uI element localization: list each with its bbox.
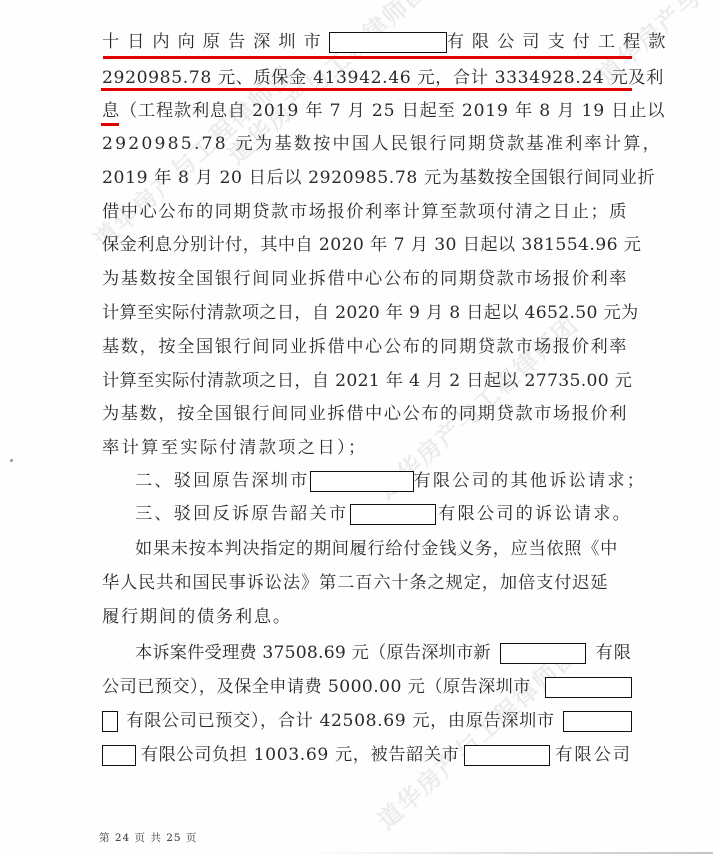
text-line: 二、驳回原告深圳市 有限公司的其他诉讼请求； — [135, 467, 632, 495]
text-line: 为基数按全国银行间同业拆借中心公布的同期贷款市场报价利率 — [102, 265, 632, 293]
text-line: 本诉案件受理费 37508.69 元（原告深圳市新 有限 — [135, 639, 632, 667]
text-segment: 有限公司的诉讼请求。 — [438, 500, 632, 528]
redaction-box — [545, 677, 632, 698]
text-segment: 十日内向原告深圳市 — [102, 28, 329, 56]
text-segment: 计算至实际付清款项之日，自 2020 年 9 月 8 日起以 4652.50 元… — [102, 299, 638, 327]
text-line: 借中心公布的同期贷款市场报价利率计算至款项付清之日止；质 — [102, 198, 632, 226]
page-edge-shadow — [300, 852, 713, 854]
text-line: 基数，按全国银行间同业拆借中心公布的同期贷款市场报价利率 — [102, 333, 632, 361]
text-segment: 为基数按全国银行间同业拆借中心公布的同期贷款市场报价利率 — [102, 265, 628, 293]
text-segment: 有限公司支付工程款 — [447, 28, 674, 56]
text-line: 保金利息分别计付，其中自 2020 年 7 月 30 日起以 381554.96… — [102, 231, 632, 259]
redaction-box — [102, 711, 118, 732]
text-segment: 有限公司已预交），合计 42508.69 元，由原告深圳市 — [126, 707, 554, 735]
text-segment: 二、驳回原告深圳市 — [135, 467, 310, 495]
text-segment: 息（工程款利息自 2019 年 7 月 25 日起至 2019 年 8 月 19… — [102, 97, 665, 125]
page-number: 第 24 页 共 25 页 — [99, 830, 197, 845]
scan-speck — [10, 459, 13, 462]
text-line: 公司已预交），及保全申请费 5000.00 元（原告深圳市 — [102, 673, 632, 701]
text-line: 计算至实际付清款项之日，自 2021 年 4 月 2 日起以 27735.00 … — [102, 367, 632, 395]
red-underline — [101, 88, 632, 91]
red-underline — [101, 123, 119, 126]
text-line: 有限公司已预交），合计 42508.69 元，由原告深圳市 — [102, 707, 632, 735]
text-line: 华人民共和国民事诉讼法》第二百六十条之规定，加倍支付迟延 — [102, 569, 632, 597]
text-line: 率计算至实际付清款项之日）； — [102, 434, 632, 462]
text-line: 为基数，按全国银行间同业拆借中心公布的同期贷款市场报价利 — [102, 400, 632, 428]
text-line: 计算至实际付清款项之日，自 2020 年 9 月 8 日起以 4652.50 元… — [102, 299, 632, 327]
redaction-box — [464, 745, 550, 766]
text-segment: 有限公司 — [555, 741, 632, 769]
text-segment: 本诉案件受理费 37508.69 元（原告深圳市新 — [135, 639, 491, 667]
text-segment: 华人民共和国民事诉讼法》第二百六十条之规定，加倍支付迟延 — [102, 569, 608, 597]
text-line: 履行期间的债务利息。 — [102, 603, 632, 631]
text-line: 三、驳回反诉原告韶关市 有限公司的诉讼请求。 — [135, 500, 632, 528]
redaction-box — [102, 745, 136, 766]
text-segment: 公司已预交），及保全申请费 5000.00 元（原告深圳市 — [102, 673, 531, 701]
text-segment: 有限公司负担 1003.69 元，被告韶关市 — [141, 741, 460, 769]
document-page: 道华房产与工程律师团 道华房产与工程律师团 道华房产与工程律师团 道华房产与工程… — [0, 0, 713, 855]
text-segment: 为基数，按全国银行间同业拆借中心公布的同期贷款市场报价利 — [102, 400, 628, 428]
text-segment: 借中心公布的同期贷款市场报价利率计算至款项付清之日止；质 — [102, 198, 628, 226]
text-line: 2019 年 8 月 20 日后以 2920985.78 元为基数按全国银行间同… — [102, 164, 632, 192]
text-line: 十日内向原告深圳市 有限公司支付工程款 — [102, 28, 632, 56]
text-segment: 如果未按本判决指定的期间履行给付金钱义务，应当依照《中 — [135, 535, 618, 563]
redaction-box — [329, 32, 447, 53]
text-segment: 保金利息分别计付，其中自 2020 年 7 月 30 日起以 381554.96… — [102, 231, 641, 259]
text-line: 2920985.78 元为基数按中国人民银行同期贷款基准利率计算， — [102, 130, 632, 158]
text-segment: 有限公司的其他诉讼请求； — [414, 467, 647, 495]
text-segment: 2019 年 8 月 20 日后以 2920985.78 元为基数按全国银行间同… — [102, 164, 655, 192]
redaction-box — [500, 643, 586, 664]
text-segment: 三、驳回反诉原告韶关市 — [135, 500, 348, 528]
redaction-box — [310, 471, 414, 492]
text-line: 如果未按本判决指定的期间履行给付金钱义务，应当依照《中 — [135, 535, 632, 563]
text-line: 有限公司负担 1003.69 元，被告韶关市 有限公司 — [102, 741, 632, 769]
redaction-box — [350, 504, 436, 525]
text-segment: 率计算至实际付清款项之日）； — [102, 434, 368, 462]
redaction-box — [563, 711, 632, 732]
text-segment: 2920985.78 元为基数按中国人民银行同期贷款基准利率计算， — [102, 130, 662, 158]
red-underline — [103, 56, 632, 59]
text-segment: 履行期间的债务利息。 — [102, 603, 292, 631]
text-segment: 基数，按全国银行间同业拆借中心公布的同期贷款市场报价利率 — [102, 333, 628, 361]
text-line: 息（工程款利息自 2019 年 7 月 25 日起至 2019 年 8 月 19… — [102, 97, 632, 125]
text-segment: 有限 — [596, 639, 632, 667]
text-segment: 计算至实际付清款项之日，自 2021 年 4 月 2 日起以 27735.00 … — [102, 367, 632, 395]
